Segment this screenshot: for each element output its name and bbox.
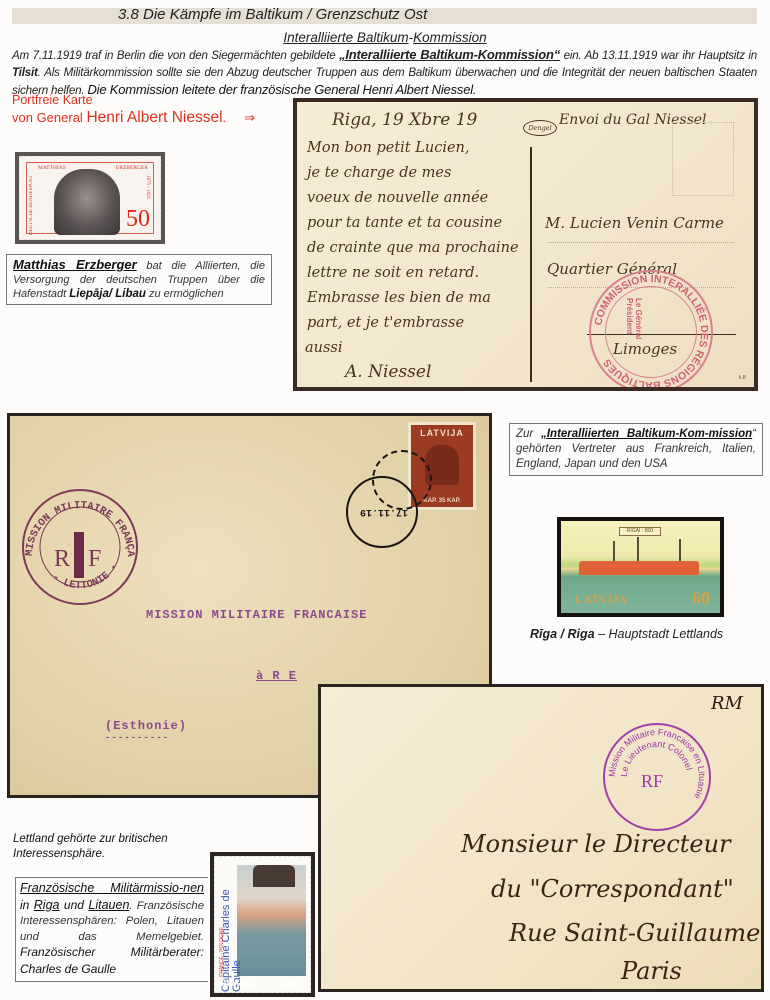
postmark-date: 17.11.19 [360, 506, 408, 517]
subtitle-part1: Interalliierte Baltikum [283, 30, 408, 45]
typed-destination: à R E [256, 669, 297, 683]
stamp-subtitle: FRANCE - POLOGNE [219, 927, 225, 977]
address-line-1: Monsieur le Directeur [461, 830, 731, 858]
mission-militaire-seal: MISSION MILITAIRE FRANÇAISE - LETTONIE -… [20, 486, 140, 608]
intro-paragraph: Am 7.11.1919 traf in Berlin die von den … [12, 46, 757, 99]
stamp-name-left: MATTHIAS [38, 165, 66, 171]
note-line-1: Lettland gehörte zur britischen [13, 832, 168, 847]
seal-inner-text: Le Général Président [629, 298, 643, 368]
postcard-message-line: pour ta tante et ta cousine [307, 215, 502, 231]
section-subtitle: Interalliierte Baltikum-Kommission [0, 30, 770, 45]
stamp-value: 50 [126, 206, 150, 233]
envelope-correspondant: RM Mission Militaire Francaise en Lituan… [318, 684, 764, 992]
commission-name: „Interalliierte Baltikum-Kommission“ [339, 47, 560, 62]
postcard-message-line: Mon bon petit Lucien, [307, 140, 470, 156]
stamp-value: 60 [692, 588, 710, 609]
typed-country: (Esthonie) [105, 719, 187, 733]
stamp-country: LATVIJA [575, 592, 627, 607]
erzberger-stamp: MATTHIAS ERZBERGER DEUTSCHE BUNDESPOST 1… [15, 152, 165, 244]
commission-name: „Interalliierten Baltikum-Kom-mission [541, 428, 752, 440]
stamp-country: FRANCE [221, 978, 259, 988]
postcard-date: Riga, 19 Xbre 19 [332, 110, 477, 130]
postcard-message-line: je te charge de mes [307, 165, 451, 181]
oval-handstamp: Dengel [523, 120, 557, 136]
note-text: zu ermöglichen [146, 288, 224, 300]
stamp-placeholder-box [672, 122, 734, 196]
postcard-message-line: aussi [305, 340, 343, 356]
stamp-dates: 1875 - 1921 [145, 175, 150, 199]
erzberger-note: Matthias Erzberger bat die Alliierten, d… [6, 254, 272, 305]
kepi-image [253, 865, 295, 887]
caption-suffix: . [223, 110, 227, 125]
stamp-value: 0,88 € [279, 978, 304, 988]
address-line-1: M. Lucien Venin Carme [545, 214, 724, 232]
commission-seal: COMMISSION INTERALLIÉE DES RÉGIONS BALTI… [589, 270, 713, 387]
seal-center: RF [641, 771, 663, 791]
postcard-message-line: de crainte que ma prochaine [307, 240, 519, 256]
stamp-country: LATVIJA [411, 428, 473, 438]
note-heading: nen [183, 881, 204, 895]
note-text: Zur [516, 428, 541, 440]
svg-text:COMMISSION INTERALLIÉE DES RÉG: COMMISSION INTERALLIÉE DES RÉGIONS BALTI… [592, 273, 710, 387]
typed-underline: ---------- [105, 733, 169, 743]
commission-members-note: Zur „Interalliierten Baltikum-Kom-missio… [509, 423, 763, 476]
corner-note: RM [711, 693, 743, 714]
intro-text: ein. Ab 13.11.1919 war ihr Hauptsitz in [560, 49, 757, 62]
portrait-image [54, 169, 120, 235]
seal-text: COMMISSION INTERALLIÉE DES RÉGIONS BALTI… [592, 273, 710, 387]
postcard-caption-line1: Portfreie Karte [12, 93, 93, 107]
postcard-message-line: part, et je t'embrasse [307, 315, 464, 331]
postmark-2 [372, 450, 432, 510]
erzberger-name: Matthias Erzberger [13, 257, 137, 272]
note-heading: Französische [20, 881, 94, 895]
subtitle-part2: Kommission [413, 30, 487, 45]
typed-sender: MISSION MILITAIRE FRANCAISE [146, 608, 367, 622]
address-line-3: Rue Saint-Guillaume [509, 919, 760, 947]
stamp-name-right: ERZBERGER [116, 165, 148, 171]
stamp-banner: RĪGAI - 800 [619, 527, 661, 536]
de-gaulle-stamp: Capitaine Charles de Gaulle FRANCE - POL… [210, 852, 315, 997]
signature: A. Niessel [345, 362, 431, 382]
place-riga: Riga [34, 898, 60, 912]
french-missions-note: Französische Militärmissio-nen in Riga u… [15, 877, 208, 982]
riga-caption: Rīga / Riga – Hauptstadt Lettlands [530, 627, 723, 641]
stamp-country: DEUTSCHE BUNDESPOST [29, 169, 34, 235]
right-arrow-icon: ⇒ [244, 110, 255, 125]
city-tilsit: Tilsit [12, 66, 38, 79]
address-line-city: Paris [621, 957, 682, 985]
postcard-message-line: voeux de nouvelle année [307, 190, 488, 206]
postcard-divider [530, 147, 532, 382]
note-heading: Militärmissio- [94, 881, 183, 895]
note-line-2: Interessensphäre. [13, 847, 168, 862]
postcard-message-line: Embrasse les bien de ma [307, 290, 491, 306]
note-emphasis: Französischer Militärberater: Charles de… [20, 945, 204, 976]
caption-general-name: Henri Albert Niessel [86, 109, 222, 126]
intro-emphasis: Die Kommission leitete der französische … [87, 82, 476, 97]
postcard-niessel: Riga, 19 Xbre 19 Dengel Envoi du Gal Nie… [293, 98, 758, 391]
printer-mark: k.B [739, 375, 746, 381]
address-line-2: du "Correspondant" [491, 875, 734, 903]
note-text: in [20, 898, 34, 912]
postcard-message-line: lettre ne soit en retard. [307, 265, 479, 281]
place-liepaja: Liepāja/ Libau [69, 288, 146, 300]
city-skyline [579, 561, 699, 575]
seal-letter-r: R [54, 546, 70, 572]
place-litauen: Litauen [88, 898, 129, 912]
postcard-caption-line2: von General Henri Albert Niessel.⇒ [12, 109, 255, 127]
lettland-note: Lettland gehörte zur britischen Interess… [13, 832, 168, 862]
riga-name: Rīga / Riga [530, 627, 595, 641]
riga-stamp: RĪGAI - 800 LATVIJA 60 [557, 517, 724, 617]
riga-description: – Hauptstadt Lettlands [595, 627, 724, 641]
intro-text: Am 7.11.1919 traf in Berlin die von den … [12, 49, 339, 62]
note-text: und [60, 898, 89, 912]
seal-letter-f: F [88, 546, 101, 572]
mission-lituanie-seal: Mission Militaire Francaise en Lituanie … [603, 723, 711, 831]
caption-prefix: von General [12, 110, 86, 125]
page-title: 3.8 Die Kämpfe im Baltikum / Grenzschutz… [118, 6, 427, 23]
